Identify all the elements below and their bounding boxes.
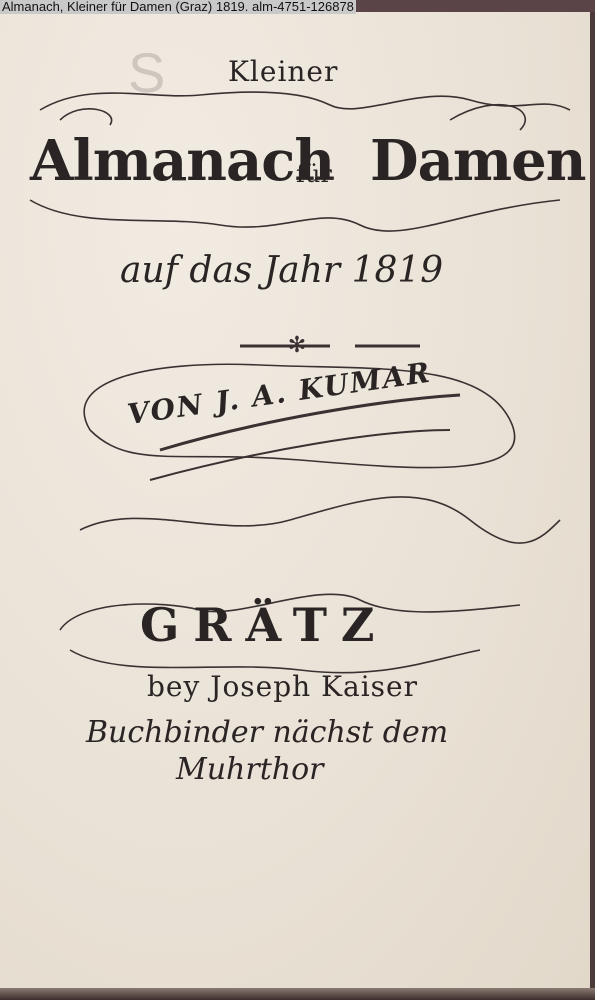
publisher-desc-line1: Buchbinder nächst dem bbox=[86, 715, 448, 750]
title-almanach: Almanach bbox=[30, 128, 334, 194]
place-graetz: GRÄTZ bbox=[140, 598, 389, 652]
scan-bottom-edge bbox=[0, 988, 595, 1000]
asterisk-ornament-icon: ✻ bbox=[288, 333, 306, 358]
publisher-line: bey Joseph Kaiser bbox=[147, 670, 418, 703]
title-year-line: auf das Jahr 1819 bbox=[120, 250, 443, 291]
title-damen: Damen bbox=[370, 128, 585, 194]
title-fuer: für bbox=[296, 160, 332, 188]
title-kleiner: Kleiner bbox=[228, 55, 338, 88]
publisher-desc-line2: Muhrthor bbox=[176, 752, 323, 787]
